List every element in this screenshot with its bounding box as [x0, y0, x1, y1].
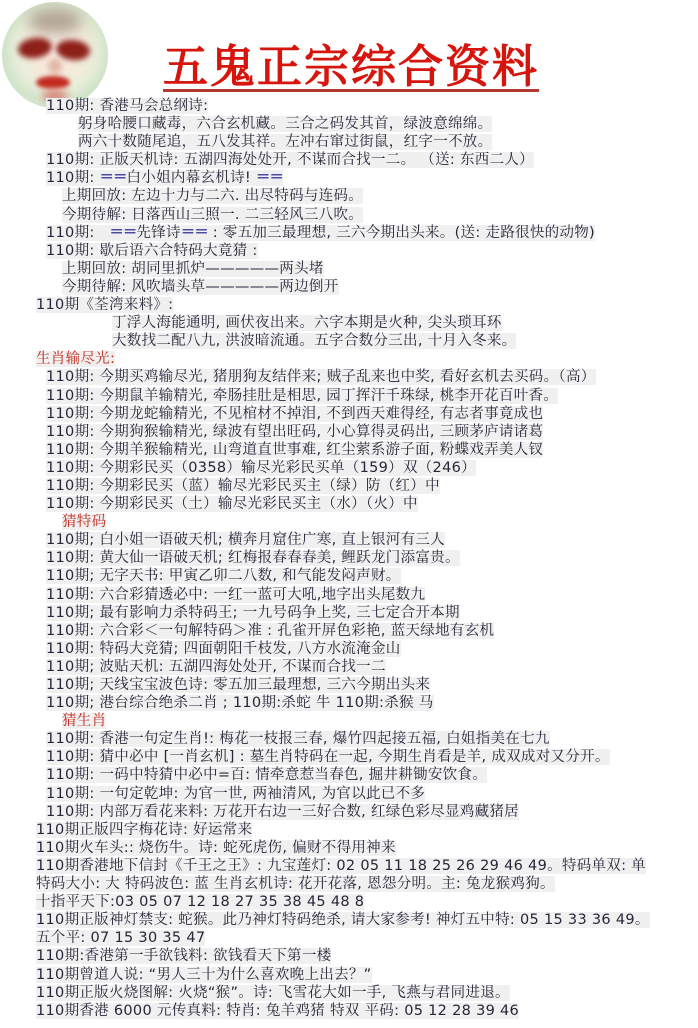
line-text: 110期: 内部万看花来料: 万花开右边一三好合数, 红绿色彩尽显鸡藏猪居 — [46, 804, 519, 820]
text-line: 今期待解: 风吹墙头草—————两边倒开 — [0, 278, 698, 296]
double-bar-marker: ＝＝ — [99, 170, 126, 186]
text-line: 丁浮人海能通明, 画伏夜出来。六字本期是火种, 尖头琐耳环 — [0, 314, 698, 332]
line-text: 110期: 特码大竞猜; 四面朝阳千枝发, 八方水流淹金山 — [46, 641, 401, 657]
line-text: 110期: 六合彩猜透必中: 一红一蓝可大吼,地字出头尾数九 — [46, 587, 425, 603]
line-text: 110期香港地下信封《千王之王》: 九宝莲灯: 02 05 11 18 25 2… — [36, 858, 646, 874]
line-text: 躬身哈腰口藏毒，六合玄机藏。三合之码发其首，绿波意绵绵。 — [78, 116, 492, 132]
line-text: 110期: 今期狗猴输精光, 绿波有望出旺码, 小心算得灵码出, 三顾茅庐请诸葛 — [46, 424, 543, 440]
line-text: 110期正版四字梅花诗: 好运常来 — [36, 822, 252, 838]
text-line: 110期: 黄大仙一语破天机; 红梅报春春春美, 鲤跃龙门添富贵。 — [0, 549, 698, 567]
text-line: 110期正版神灯禁支: 蛇猴。此乃神灯特码绝杀, 请大家参考! 神灯五中特: 0… — [0, 911, 698, 929]
line-text: 110期: 今期彩民买（蓝）输尽光彩民买主（绿）防（红）中 — [46, 478, 440, 494]
line-text: 110期: 今期彩民买（0358）输尽光彩民买单（159）双（246） — [46, 460, 476, 476]
line-text: 特码大小: 大 特码波色: 蓝 生肖玄机诗: 花开花落, 恩怨分明。主: 兔龙猴… — [36, 876, 555, 892]
line-text: 110期: 香港一句定生肖!: 梅花一枝报三春, 爆竹四起接五福, 白姐指美在七… — [46, 731, 550, 747]
text-line: 110期: 猜中必中 [一肖玄机] : 墓生肖特码在一起, 今期生肖看是羊, 成… — [0, 748, 698, 766]
text-line: 110期《荃湾来料》: — [0, 296, 698, 314]
line-text: 五个平: 07 15 30 35 47 — [36, 930, 205, 946]
text-line: 110期: 正版天机诗: 五湖四海处处开, 不谋而合找一二。 （送: 东西二人） — [0, 151, 698, 169]
text-line: 大数找二配八九, 洪波暗流通。五字合数分三出, 十月入冬来。 — [0, 332, 698, 350]
line-text: 110期:香港第一手欲钱料: 欲钱看天下第一楼 — [36, 948, 331, 964]
text-line: 110期; 港台综合绝杀二肖 ; 110期:杀蛇 牛 110期:杀猴 马 — [0, 694, 698, 712]
text-line: 110期: 今期彩民买（土）输尽光彩民买主（水）（火）中 — [0, 495, 698, 513]
line-text: : 零五加三最理想, 三六今期出头来。(送: 走路很快的动物) — [208, 225, 595, 241]
text-line: 110期; 波贴天机: 五湖四海处处开, 不谋而合找一二 — [0, 658, 698, 676]
text-line: 110期: 今期买鸡输尽光, 猪朋狗友结伴来; 贼子乱来也中奖, 看好玄机去买码… — [0, 368, 698, 386]
line-text: 先锋诗 — [136, 225, 180, 241]
page-header: 五鬼正宗综合资料 — [0, 0, 698, 97]
double-bar-marker: ＝＝ — [181, 225, 208, 241]
avatar-mouth — [36, 76, 70, 89]
line-text: 110期; 无字天书: 甲寅乙卯二八数, 和气能发闷声财。 — [46, 568, 401, 584]
section-header-text: 猜特码 — [62, 514, 106, 530]
line-text: 两六十数随尾追，五八发其祥。左冲右窜过街鼠，红字一不放。 — [78, 134, 492, 150]
text-line: 躬身哈腰口藏毒，六合玄机藏。三合之码发其首，绿波意绵绵。 — [0, 115, 698, 133]
text-line: 110期香港 6000 元传真料: 特肖: 兔羊鸡猪 特双 平码: 05 12 … — [0, 1002, 698, 1020]
line-text: 丁浮人海能通明, 画伏夜出来。六字本期是火种, 尖头琐耳环 — [112, 315, 502, 331]
line-text: 白小姐内幕玄机诗! — [126, 170, 255, 186]
line-text: 110期香港 6000 元传真料: 特肖: 兔羊鸡猪 特双 平码: 05 12 … — [36, 1003, 519, 1019]
text-line: 两六十数随尾追，五八发其祥。左冲右窜过街鼠，红字一不放。 — [0, 133, 698, 151]
text-line: 110期: 内部万看花来料: 万花开右边一三好合数, 红绿色彩尽显鸡藏猪居 — [0, 803, 698, 821]
content-lines: 110期: 香港马会总纲诗:躬身哈腰口藏毒，六合玄机藏。三合之码发其首，绿波意绵… — [0, 97, 698, 1020]
text-line: 110期: 今期鼠羊输精光, 牵肠挂肚是相思, 园丁挥汗千珠绿, 桃李开花百叶香… — [0, 387, 698, 405]
text-line: 110期: 香港一句定生肖!: 梅花一枝报三春, 爆竹四起接五福, 白姐指美在七… — [0, 730, 698, 748]
line-text: 110期; 港台综合绝杀二肖 ; 110期:杀蛇 牛 110期:杀猴 马 — [46, 695, 434, 711]
line-text: 110期: 今期羊猴输精光, 山弯道直世事难, 红尘萦系游子面, 粉蝶戏弄美人钗 — [46, 442, 543, 458]
page-title: 五鬼正宗综合资料 — [163, 30, 539, 95]
section-header-text: 生肖输尽光: — [36, 351, 115, 367]
line-text: 110期: 正版天机诗: 五湖四海处处开, 不谋而合找一二。 （送: 东西二人） — [46, 152, 534, 168]
double-bar-marker: ＝＝ — [256, 170, 283, 186]
line-text: 110期: — [46, 170, 99, 186]
text-line: 猜特码 — [0, 513, 698, 531]
avatar-nose — [48, 58, 62, 74]
line-text: 110期: 歇后语六合特码大竟猜 : — [46, 243, 258, 259]
text-line: 110期: 今期彩民买（0358）输尽光彩民买单（159）双（246） — [0, 459, 698, 477]
text-line: 特码大小: 大 特码波色: 蓝 生肖玄机诗: 花开花落, 恩怨分明。主: 兔龙猴… — [0, 875, 698, 893]
line-text: 十指平天下:03 05 07 12 18 27 35 38 45 48 8 — [36, 894, 364, 910]
line-text: 110期; 波贴天机: 五湖四海处处开, 不谋而合找一二 — [46, 659, 386, 675]
sunglasses-left-icon — [17, 36, 53, 61]
text-line: 110期: 香港马会总纲诗: — [0, 97, 698, 115]
line-text: 今期待解: 日落西山三照一. 二三轻风三八吹。 — [62, 207, 363, 223]
double-bar-marker: ＝＝ — [109, 225, 136, 241]
text-line: 今期待解: 日落西山三照一. 二三轻风三八吹。 — [0, 206, 698, 224]
text-line: 110期正版四字梅花诗: 好运常来 — [0, 821, 698, 839]
text-line: 110期: ＝＝先锋诗＝＝ : 零五加三最理想, 三六今期出头来。(送: 走路很… — [0, 224, 698, 242]
text-line: 110期: 特码大竞猜; 四面朝阳千枝发, 八方水流淹金山 — [0, 640, 698, 658]
line-text: 110期: — [46, 225, 109, 241]
line-text: 110期正版火烧图解: 火烧“猴”。诗: 飞雪花大如一手, 飞燕与君同进退。 — [36, 985, 510, 1001]
line-text: 110期: 黄大仙一语破天机; 红梅报春春春美, 鲤跃龙门添富贵。 — [46, 550, 460, 566]
line-text: 110期; 最有影响力杀特码王; 一九号码争上奖, 三七定合开本期 — [46, 605, 460, 621]
text-line: 五个平: 07 15 30 35 47 — [0, 929, 698, 947]
line-text: 大数找二配八九, 洪波暗流通。五字合数分三出, 十月入冬来。 — [112, 333, 516, 349]
text-line: 110期:香港第一手欲钱料: 欲钱看天下第一楼 — [0, 947, 698, 965]
text-line: 110期: 六合彩猜透必中: 一红一蓝可大吼,地字出头尾数九 — [0, 586, 698, 604]
text-line: 上期回放: 胡同里抓炉—————两头堵 — [0, 260, 698, 278]
man-face-avatar — [2, 2, 108, 108]
line-text: 上期回放: 胡同里抓炉—————两头堵 — [62, 261, 324, 277]
line-text: 110期正版神灯禁支: 蛇猴。此乃神灯特码绝杀, 请大家参考! 神灯五中特: 0… — [36, 912, 650, 928]
text-line: 上期回放: 左边十力与二六. 出尽特码与连码。 — [0, 187, 698, 205]
line-text: 110期: 六合彩＜一句解特码＞准 : 孔雀开屏色彩艳, 蓝天绿地有玄机 — [46, 623, 494, 639]
text-line: 猜生肖 — [0, 712, 698, 730]
text-line: 110期火车头:: 烧伤牛。诗: 蛇死虎伤, 偏财不得用神来 — [0, 839, 698, 857]
text-line: 110期曾道人说: “男人三十为什么喜欢晚上出去？” — [0, 966, 698, 984]
line-text: 110期曾道人说: “男人三十为什么喜欢晚上出去？” — [36, 967, 372, 983]
text-line: 110期: 一码中特猜中必中=百: 情牵意惹当春色, 掘井耕锄安饮食。 — [0, 766, 698, 784]
section-header-text: 猜生肖 — [62, 713, 106, 729]
text-line: 110期: 一句定乾坤: 为官一世, 两袖清风, 为官以此已不多 — [0, 785, 698, 803]
text-line: 110期: 歇后语六合特码大竟猜 : — [0, 242, 698, 260]
text-line: 110期: 六合彩＜一句解特码＞准 : 孔雀开屏色彩艳, 蓝天绿地有玄机 — [0, 622, 698, 640]
text-line: 110期香港地下信封《千王之王》: 九宝莲灯: 02 05 11 18 25 2… — [0, 857, 698, 875]
text-line: 110期: 今期羊猴输精光, 山弯道直世事难, 红尘萦系游子面, 粉蝶戏弄美人钗 — [0, 441, 698, 459]
text-line: 生肖输尽光: — [0, 350, 698, 368]
lottery-info-sheet: 五鬼正宗综合资料 110期: 香港马会总纲诗:躬身哈腰口藏毒，六合玄机藏。三合之… — [0, 0, 698, 1028]
line-text: 110期; 天线宝宝波色诗: 零五加三最理想, 三六今期出头来 — [46, 677, 430, 693]
text-line: 110期; 最有影响力杀特码王; 一九号码争上奖, 三七定合开本期 — [0, 604, 698, 622]
line-text: 110期《荃湾来料》: — [36, 297, 173, 313]
sunglasses-right-icon — [55, 38, 91, 61]
text-line: 110期: ＝＝白小姐内幕玄机诗! ＝＝ — [0, 169, 698, 187]
line-text: 110期: 今期彩民买（土）输尽光彩民买主（水）（火）中 — [46, 496, 418, 512]
line-text: 110期火车头:: 烧伤牛。诗: 蛇死虎伤, 偏财不得用神来 — [36, 840, 396, 856]
text-line: 110期: 今期狗猴输精光, 绿波有望出旺码, 小心算得灵码出, 三顾茅庐请诸葛 — [0, 423, 698, 441]
text-line: 110期正版火烧图解: 火烧“猴”。诗: 飞雪花大如一手, 飞燕与君同进退。 — [0, 984, 698, 1002]
text-line: 110期; 白小姐一语破天机; 横奔月窟住广寒, 直上银河有三人 — [0, 531, 698, 549]
text-line: 十指平天下:03 05 07 12 18 27 35 38 45 48 8 — [0, 893, 698, 911]
line-text: 上期回放: 左边十力与二六. 出尽特码与连码。 — [62, 188, 363, 204]
line-text: 110期; 白小姐一语破天机; 横奔月窟住广寒, 直上银河有三人 — [46, 532, 445, 548]
line-text: 110期: 一码中特猜中必中=百: 情牵意惹当春色, 掘井耕锄安饮食。 — [46, 767, 487, 783]
text-line: 110期; 天线宝宝波色诗: 零五加三最理想, 三六今期出头来 — [0, 676, 698, 694]
text-line: 110期; 无字天书: 甲寅乙卯二八数, 和气能发闷声财。 — [0, 567, 698, 585]
line-text: 今期待解: 风吹墙头草—————两边倒开 — [62, 279, 339, 295]
avatar-hair — [28, 8, 82, 34]
text-line: 110期: 今期彩民买（蓝）输尽光彩民买主（绿）防（红）中 — [0, 477, 698, 495]
line-text: 110期: 猜中必中 [一肖玄机] : 墓生肖特码在一起, 今期生肖看是羊, 成… — [46, 749, 610, 765]
text-line: 110期: 今期龙蛇输精光, 不见棺材不掉泪, 不到西天难得经, 有志者事竟成也 — [0, 405, 698, 423]
line-text: 110期: 香港马会总纲诗: — [46, 98, 208, 114]
line-text: 110期: 今期买鸡输尽光, 猪朋狗友结伴来; 贼子乱来也中奖, 看好玄机去买码… — [46, 369, 596, 385]
line-text: 110期: 一句定乾坤: 为官一世, 两袖清风, 为官以此已不多 — [46, 786, 425, 802]
line-text: 110期: 今期龙蛇输精光, 不见棺材不掉泪, 不到西天难得经, 有志者事竟成也 — [46, 406, 543, 422]
line-text: 110期: 今期鼠羊输精光, 牵肠挂肚是相思, 园丁挥汗千珠绿, 桃李开花百叶香… — [46, 388, 558, 404]
